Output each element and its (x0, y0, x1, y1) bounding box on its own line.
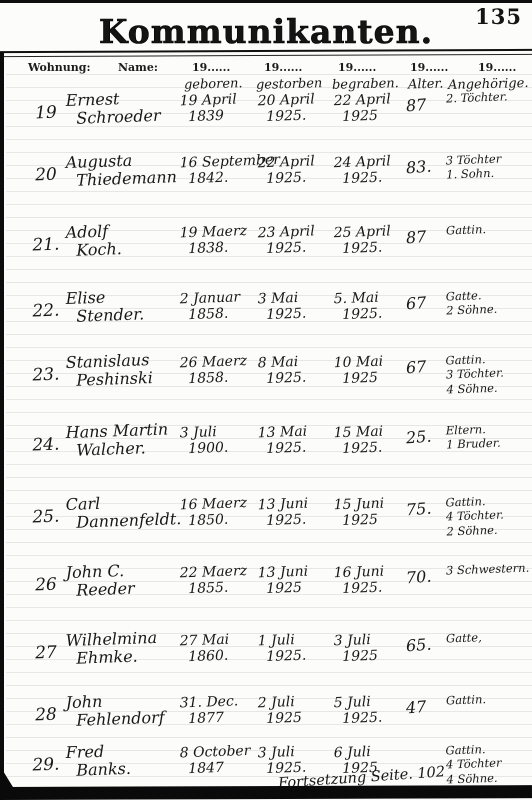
cell-gestorben: 23 April1925. (257, 223, 334, 258)
cell-name: JohnFehlendorf (65, 690, 184, 731)
cell-geboren: 27 Mai1860. (179, 631, 260, 666)
cell-angehoerige: Gatte, (446, 629, 532, 646)
cell-geboren: 31. Dec.1877 (179, 693, 260, 728)
cell-alter: 67 (405, 293, 444, 314)
cell-begraben: 10 Mai1925 (333, 353, 408, 388)
cell-begraben: 5. Mai1925. (333, 289, 408, 324)
cell-name: Hans MartinWalcher. (65, 420, 184, 461)
cell-angehoerige: 2. Töchter. (446, 89, 532, 106)
cell-alter (406, 747, 444, 750)
cell-gestorben: 20 April1925. (257, 91, 334, 126)
cell-wohnung: 23. (24, 365, 69, 386)
cell-angehoerige: Eltern.1 Bruder. (446, 421, 532, 453)
col-header-year1: 19...... (192, 61, 230, 74)
table-row: 20 AugustaThiedemann 16 September1842. 2… (0, 152, 532, 212)
cell-geboren: 22 Maerz1855. (179, 563, 260, 598)
cell-gestorben: 13 Juni1925. (257, 495, 334, 530)
cell-alter: 70. (405, 567, 444, 588)
cell-wohnung: 22. (24, 301, 69, 322)
cell-gestorben: 22 April1925. (257, 153, 334, 188)
cell-geboren: 3 Juli1900. (179, 423, 260, 458)
cell-gestorben: 13 Juni1925 (257, 563, 334, 598)
cell-name: AdolfKoch. (65, 220, 184, 261)
col-header-year5: 19...... (478, 61, 516, 74)
cell-name: FredBanks. (65, 740, 184, 781)
cell-gestorben: 2 Juli1925 (257, 693, 334, 728)
cell-name: CarlDannenfeldt. (65, 492, 184, 533)
bottom-border (0, 785, 532, 800)
cell-geboren: 19 Maerz1838. (179, 223, 260, 258)
cell-geboren: 19 April1839 (179, 91, 260, 126)
cell-name: ErnestSchroeder (65, 88, 184, 129)
cell-alter: 87 (405, 227, 444, 248)
table-row: 26 John C.Reeder 22 Maerz1855. 13 Juni19… (0, 562, 532, 622)
top-border (0, 0, 532, 3)
cell-alter: 87 (405, 95, 444, 116)
table-row: 25. CarlDannenfeldt. 16 Maerz1850. 13 Ju… (0, 494, 532, 554)
cell-wohnung: 25. (24, 507, 69, 528)
cell-angehoerige: Gattin. (446, 221, 532, 238)
cell-name: WilhelminaEhmke. (65, 628, 184, 669)
col-header-year3: 19...... (338, 61, 376, 74)
cell-gestorben: 1 Juli1925. (257, 631, 334, 666)
cell-wohnung: 24. (24, 435, 69, 456)
cell-alter: 75. (405, 499, 444, 520)
cell-angehoerige: Gattin.4 Töchter.2 Söhne. (445, 493, 532, 539)
cell-angehoerige: 3 Schwestern. (446, 561, 532, 578)
table-row: 24. Hans MartinWalcher. 3 Juli1900. 13 M… (0, 422, 532, 482)
page-title: Kommunikanten. (0, 12, 532, 51)
col-header-year2: 19...... (264, 61, 302, 74)
cell-wohnung: 20 (24, 165, 69, 186)
cell-begraben: 24 April1925. (333, 153, 408, 188)
cell-angehoerige: Gattin.3 Töchter.4 Söhne. (445, 351, 532, 397)
col-header-wohnung: Wohnung: (28, 61, 91, 74)
cell-name: AugustaThiedemann (65, 150, 184, 191)
cell-angehoerige: Gatte.2 Söhne. (446, 287, 532, 319)
cell-begraben: 22 April1925 (333, 91, 408, 126)
cell-gestorben: 8 Mai1925. (257, 353, 334, 388)
cell-name: John C.Reeder (65, 560, 184, 601)
cell-wohnung: 28 (24, 705, 69, 726)
cell-wohnung: 27 (24, 643, 69, 664)
cell-name: EliseStender. (65, 286, 184, 327)
cell-geboren: 26 Maerz1858. (179, 353, 260, 388)
cell-alter: 83. (405, 157, 444, 178)
table-row: 19 ErnestSchroeder 19 April1839 20 April… (0, 90, 532, 150)
cell-gestorben: 3 Mai1925. (257, 289, 334, 324)
cell-wohnung: 19 (24, 103, 69, 124)
cell-begraben: 25 April1925. (333, 223, 408, 258)
cell-begraben: 15 Juni1925 (333, 495, 408, 530)
cell-geboren: 16 Maerz1850. (179, 495, 260, 530)
cell-gestorben: 13 Mai1925. (257, 423, 334, 458)
rule-line (0, 54, 532, 57)
cell-angehoerige: Gattin. (446, 691, 532, 708)
cell-wohnung: 29. (24, 755, 69, 776)
cell-alter: 25. (405, 427, 444, 448)
cell-begraben: 5 Juli1925. (333, 693, 408, 728)
table-row: 22. EliseStender. 2 Januar1858. 3 Mai192… (0, 288, 532, 348)
cell-name: StanislausPeshinski (65, 350, 184, 391)
cell-geboren: 8 October1847 (179, 743, 260, 778)
table-row: 21. AdolfKoch. 19 Maerz1838. 23 April192… (0, 222, 532, 282)
col-header-year4: 19...... (410, 61, 448, 74)
cell-begraben: 3 Juli1925 (333, 631, 408, 666)
cell-wohnung: 21. (24, 235, 69, 256)
cell-begraben: 16 Juni1925. (333, 563, 408, 598)
cell-alter: 65. (405, 635, 444, 656)
cell-angehoerige: 3 Töchter1. Sohn. (446, 151, 532, 183)
cell-alter: 47 (405, 697, 444, 718)
cell-wohnung: 26 (24, 575, 69, 596)
table-row: 27 WilhelminaEhmke. 27 Mai1860. 1 Juli19… (0, 630, 532, 690)
cell-geboren: 16 September1842. (179, 153, 260, 188)
cell-geboren: 2 Januar1858. (179, 289, 260, 324)
cell-angehoerige: Gattin.4 Töchter4 Söhne. (445, 741, 532, 787)
register-page: 135 Kommunikanten. Wohnung: Name: 19....… (0, 0, 532, 800)
col-header-name: Name: (118, 61, 158, 74)
cell-begraben: 15 Mai1925. (333, 423, 408, 458)
table-row: 23. StanislausPeshinski 26 Maerz1858. 8 … (0, 352, 532, 412)
cell-alter: 67 (405, 357, 444, 378)
